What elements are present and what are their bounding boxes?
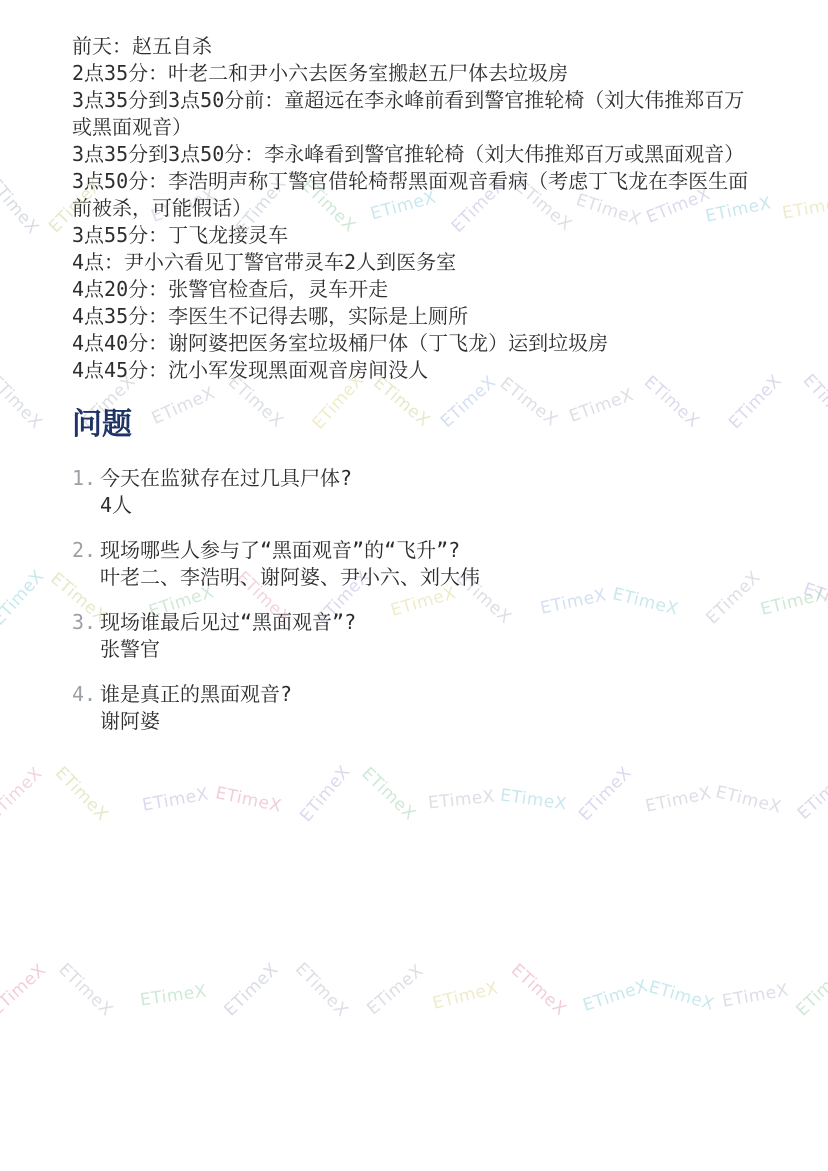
watermark-text: ETimeX — [220, 960, 282, 1021]
question-number: 3. — [72, 609, 100, 636]
question-answer: 张警官 — [72, 636, 762, 663]
question-item: 3. 现场谁最后见过“黑面观音”? 张警官 — [72, 609, 762, 663]
watermark-text: ETimeX — [141, 784, 210, 815]
question-answer: 4人 — [72, 492, 762, 519]
timeline-entry: 3点35分到3点50分：李永峰看到警官推轮椅（刘大伟推郑百万或黑面观音） — [72, 141, 762, 168]
question-answer: 谢阿婆 — [72, 708, 762, 735]
question-item: 4. 谁是真正的黑面观音? 谢阿婆 — [72, 681, 762, 735]
watermark-text: ETimeX — [794, 764, 828, 824]
question-row: 2. 现场哪些人参与了“黑面观音”的“飞升”? — [72, 537, 762, 564]
document-page: ETimeXETimeXETimeXETimeXETimeXETimeXETim… — [0, 0, 828, 1171]
question-text: 现场谁最后见过“黑面观音”? — [100, 609, 356, 636]
timeline-entry: 4点45分：沈小军发现黑面观音房间没人 — [72, 357, 762, 384]
question-item: 2. 现场哪些人参与了“黑面观音”的“飞升”? 叶老二、李浩明、谢阿婆、尹小六、… — [72, 537, 762, 591]
timeline-entry: 4点40分：谢阿婆把医务室垃圾桶尸体（丁飞龙）运到垃圾房 — [72, 330, 762, 357]
watermark-text: ETimeX — [721, 980, 790, 1011]
watermark-text: ETimeX — [51, 763, 112, 825]
question-row: 1. 今天在监狱存在过几具尸体? — [72, 465, 762, 492]
question-item: 1. 今天在监狱存在过几具尸体? 4人 — [72, 465, 762, 519]
timeline-entry: 3点50分：李浩明声称丁警官借轮椅帮黑面观音看病（考虑丁飞龙在李医生面前被杀，可… — [72, 168, 762, 222]
timeline-entry: 3点55分：丁飞龙接灵车 — [72, 222, 762, 249]
watermark-text: ETimeX — [647, 977, 717, 1015]
timeline-entry: 4点35分：李医生不记得去哪，实际是上厕所 — [72, 303, 762, 330]
watermark-text: ETimeX — [363, 961, 427, 1019]
watermark-text: ETimeX — [0, 960, 50, 1020]
question-row: 4. 谁是真正的黑面观音? — [72, 681, 762, 708]
document-content: 前天：赵五自杀 2点35分：叶老二和尹小六去医务室搬赵五尸体去垃圾房 3点35分… — [0, 0, 828, 735]
timeline-entry: 2点35分：叶老二和尹小六去医务室搬赵五尸体去垃圾房 — [72, 60, 762, 87]
watermark-text: ETimeX — [139, 981, 208, 1010]
watermark-text: ETimeX — [581, 976, 651, 1016]
watermark-text: ETimeX — [0, 764, 47, 825]
timeline-entry: 前天：赵五自杀 — [72, 33, 762, 60]
watermark-text: ETimeX — [792, 960, 828, 1021]
watermark-text: ETimeX — [214, 783, 284, 816]
watermark-text: ETimeX — [427, 787, 496, 814]
timeline-entry: 3点35分到3点50分前：童超远在李永峰前看到警官推轮椅（刘大伟推郑百万或黑面观… — [72, 87, 762, 141]
question-text: 现场哪些人参与了“黑面观音”的“飞升”? — [100, 537, 460, 564]
watermark-text: ETimeX — [291, 959, 352, 1021]
timeline-entry: 4点：尹小六看见丁警官带灵车2人到医务室 — [72, 249, 762, 276]
question-number: 1. — [72, 465, 100, 492]
watermark-text: ETimeX — [431, 978, 501, 1014]
questions-section: 1. 今天在监狱存在过几具尸体? 4人 2. 现场哪些人参与了“黑面观音”的“飞… — [72, 465, 762, 735]
timeline-section: 前天：赵五自杀 2点35分：叶老二和尹小六去医务室搬赵五尸体去垃圾房 3点35分… — [72, 33, 762, 384]
question-row: 3. 现场谁最后见过“黑面观音”? — [72, 609, 762, 636]
question-text: 谁是真正的黑面观音? — [100, 681, 292, 708]
questions-heading: 问题 — [72, 407, 762, 443]
watermark-text: ETimeX — [644, 783, 714, 816]
question-number: 4. — [72, 681, 100, 708]
watermark-text: ETimeX — [54, 960, 116, 1021]
watermark-text: ETimeX — [507, 960, 570, 1020]
watermark-text: ETimeX — [499, 785, 568, 814]
timeline-entry: 4点20分：张警官检查后，灵车开走 — [72, 276, 762, 303]
watermark-text: ETimeX — [357, 764, 419, 825]
question-text: 今天在监狱存在过几具尸体? — [100, 465, 352, 492]
question-answer: 叶老二、李浩明、谢阿婆、尹小六、刘大伟 — [72, 564, 762, 591]
watermark-text: ETimeX — [296, 762, 354, 826]
question-number: 2. — [72, 537, 100, 564]
watermark-text: ETimeX — [714, 782, 784, 818]
watermark-text: ETimeX — [575, 763, 636, 825]
